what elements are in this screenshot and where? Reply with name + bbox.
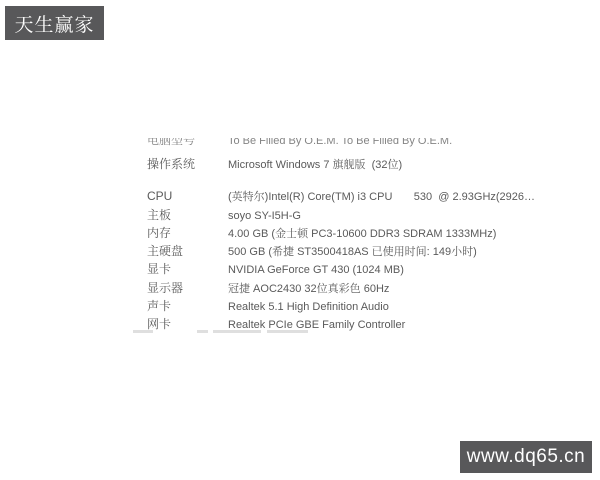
spec-value: Microsoft Windows 7 旗舰版 (32位) [228,158,402,172]
spec-value: 冠捷 AOC2430 32位真彩色 60Hz [228,282,389,296]
spec-row-audio: 声卡 Realtek 5.1 High Definition Audio [0,299,600,314]
spec-label: 内存 [147,226,171,241]
spec-label: CPU [147,189,172,204]
spec-row-motherboard: 主板 soyo SY-I5H-G [0,208,600,223]
spec-row-os: 操作系统 Microsoft Windows 7 旗舰版 (32位) [0,157,600,172]
spec-row-memory: 内存 4.00 GB (金士顿 PC3-10600 DDR3 SDRAM 133… [0,226,600,241]
clipped-row-fragment [133,330,153,333]
clipped-row-fragment [267,330,308,333]
spec-value: To Be Filled By O.E.M. To Be Filled By O… [228,138,452,148]
spec-row-gpu: 显卡 NVIDIA GeForce GT 430 (1024 MB) [0,262,600,277]
spec-label: 电脑型号 [147,138,195,148]
spec-label: 声卡 [147,299,171,314]
watermark-top-left-text: 天生赢家 [14,10,94,37]
watermark-badge-top-left: 天生赢家 [5,6,104,40]
spec-value: Realtek 5.1 High Definition Audio [228,300,389,314]
spec-value: 500 GB (希捷 ST3500418AS 已使用时间: 149小时) [228,245,477,259]
spec-row-hdd: 主硬盘 500 GB (希捷 ST3500418AS 已使用时间: 149小时) [0,244,600,259]
spec-row-cpu: CPU (英特尔)Intel(R) Core(TM) i3 CPU 530 @ … [0,189,600,204]
clipped-row-fragment [197,330,208,333]
clipped-row-fragment [213,330,261,333]
spec-value: 4.00 GB (金士顿 PC3-10600 DDR3 SDRAM 1333MH… [228,227,496,241]
page: 天生赢家 电脑型号 To Be Filled By O.E.M. To Be F… [0,0,600,480]
spec-value: NVIDIA GeForce GT 430 (1024 MB) [228,263,404,277]
spec-label: 操作系统 [147,157,195,172]
watermark-badge-bottom-right: www.dq65.cn [460,441,592,473]
watermark-bottom-right-text: www.dq65.cn [467,446,586,468]
spec-value: (英特尔)Intel(R) Core(TM) i3 CPU 530 @ 2.93… [228,190,535,204]
spec-row-monitor: 显示器 冠捷 AOC2430 32位真彩色 60Hz [0,281,600,296]
spec-label: 显卡 [147,262,171,277]
spec-label: 主板 [147,208,171,223]
spec-row-computer-model: 电脑型号 To Be Filled By O.E.M. To Be Filled… [0,138,600,148]
spec-value: soyo SY-I5H-G [228,209,301,223]
spec-label: 主硬盘 [147,244,183,259]
hardware-spec-table: 电脑型号 To Be Filled By O.E.M. To Be Filled… [0,138,600,334]
spec-label: 显示器 [147,281,183,296]
